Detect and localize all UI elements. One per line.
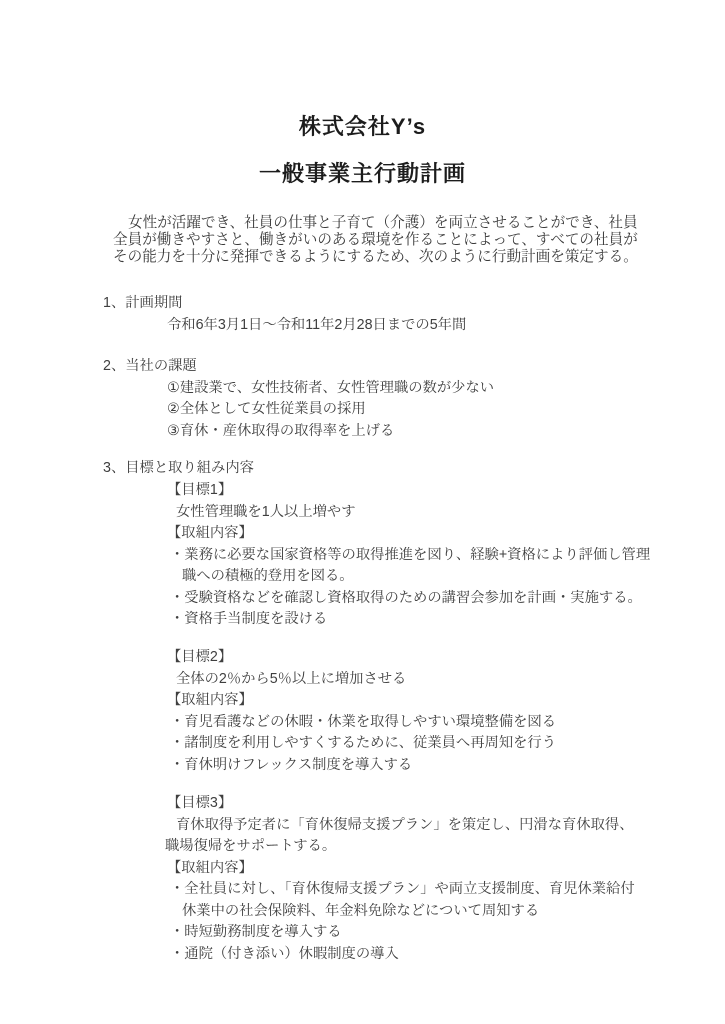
- goal3-block: 【目標3】 育休取得予定者に「育休復帰支援プラン」を策定し、円滑な育休取得、 職…: [0, 793, 725, 965]
- document-page: 株式会社Y’s 一般事業主行動計画 女性が活躍でき、社員の仕事と子育て（介護）を…: [0, 0, 725, 1024]
- goal3-bullet: ・通院（付き添い）休暇制度の導入: [0, 944, 725, 966]
- goal1-target: 女性管理職を1人以上増やす: [0, 502, 725, 524]
- intro-line: 女性が活躍でき、社員の仕事と子育て（介護）を両立させることができ、社員: [113, 215, 653, 232]
- document-title: 一般事業主行動計画: [0, 157, 725, 188]
- goal1-block: 【目標1】 女性管理職を1人以上増やす 【取組内容】 ・業務に必要な国家資格等の…: [0, 480, 725, 631]
- goal2-target: 全体の2％から5％以上に増加させる: [0, 669, 725, 691]
- goal3-label: 【目標3】: [0, 793, 725, 815]
- intro-line: その能力を十分に発揮できるようにするため、次のように行動計画を策定する。: [113, 249, 653, 266]
- goal3-initiatives-label: 【取組内容】: [0, 858, 725, 880]
- issue-item: ①建設業で、女性技術者、女性管理職の数が少ない: [0, 378, 725, 400]
- intro-line: 全員が働きやすさと、働きがいのある環境を作ることによって、すべての社員が: [113, 232, 653, 249]
- goal2-block: 【目標2】 全体の2％から5％以上に増加させる 【取組内容】 ・育児看護などの休…: [0, 647, 725, 776]
- section-goals-heading: 3、目標と取り組み内容: [0, 458, 725, 480]
- goal2-initiatives-label: 【取組内容】: [0, 690, 725, 712]
- goal1-bullet: ・業務に必要な国家資格等の取得推進を図り、経験+資格により評価し管理: [0, 545, 725, 567]
- goal3-target: 育休取得予定者に「育休復帰支援プラン」を策定し、円滑な育休取得、: [0, 815, 725, 837]
- section-issues: 2、当社の課題 ①建設業で、女性技術者、女性管理職の数が少ない ②全体として女性…: [0, 356, 725, 442]
- section-heading: 1、計画期間: [0, 293, 725, 315]
- goal1-bullet: ・資格手当制度を設ける: [0, 609, 725, 631]
- goal2-bullet: ・育休明けフレックス制度を導入する: [0, 755, 725, 777]
- section-plan-period: 1、計画期間 令和6年3月1日～令和11年2月28日までの5年間: [0, 293, 725, 336]
- goal2-bullet: ・育児看護などの休暇・休業を取得しやすい環境整備を図る: [0, 712, 725, 734]
- goal1-initiatives-label: 【取組内容】: [0, 523, 725, 545]
- goal3-bullet-continuation: 休業中の社会保険料、年金料免除などについて周知する: [0, 901, 725, 923]
- goal3-bullet: ・時短勤務制度を導入する: [0, 922, 725, 944]
- intro-paragraph: 女性が活躍でき、社員の仕事と子育て（介護）を両立させることができ、社員 全員が働…: [113, 215, 653, 267]
- goal1-label: 【目標1】: [0, 480, 725, 502]
- goal1-bullet-continuation: 職への積極的登用を図る。: [0, 566, 725, 588]
- goal2-bullet: ・諸制度を利用しやすくするために、従業員へ再周知を行う: [0, 733, 725, 755]
- issue-item: ②全体として女性従業員の採用: [0, 399, 725, 421]
- issue-item: ③育休・産休取得の取得率を上げる: [0, 421, 725, 443]
- section-heading: 2、当社の課題: [0, 356, 725, 378]
- goal2-label: 【目標2】: [0, 647, 725, 669]
- goal3-bullet: ・全社員に対し、「育休復帰支援プラン」や両立支援制度、育児休業給付: [0, 879, 725, 901]
- company-name: 株式会社Y’s: [0, 110, 725, 141]
- goal1-bullet: ・受験資格などを確認し資格取得のための講習会参加を計画・実施する。: [0, 588, 725, 610]
- plan-period-value: 令和6年3月1日～令和11年2月28日までの5年間: [0, 315, 725, 337]
- section-heading: 3、目標と取り組み内容: [0, 458, 725, 480]
- goal3-target-continuation: 職場復帰をサポートする。: [0, 836, 725, 858]
